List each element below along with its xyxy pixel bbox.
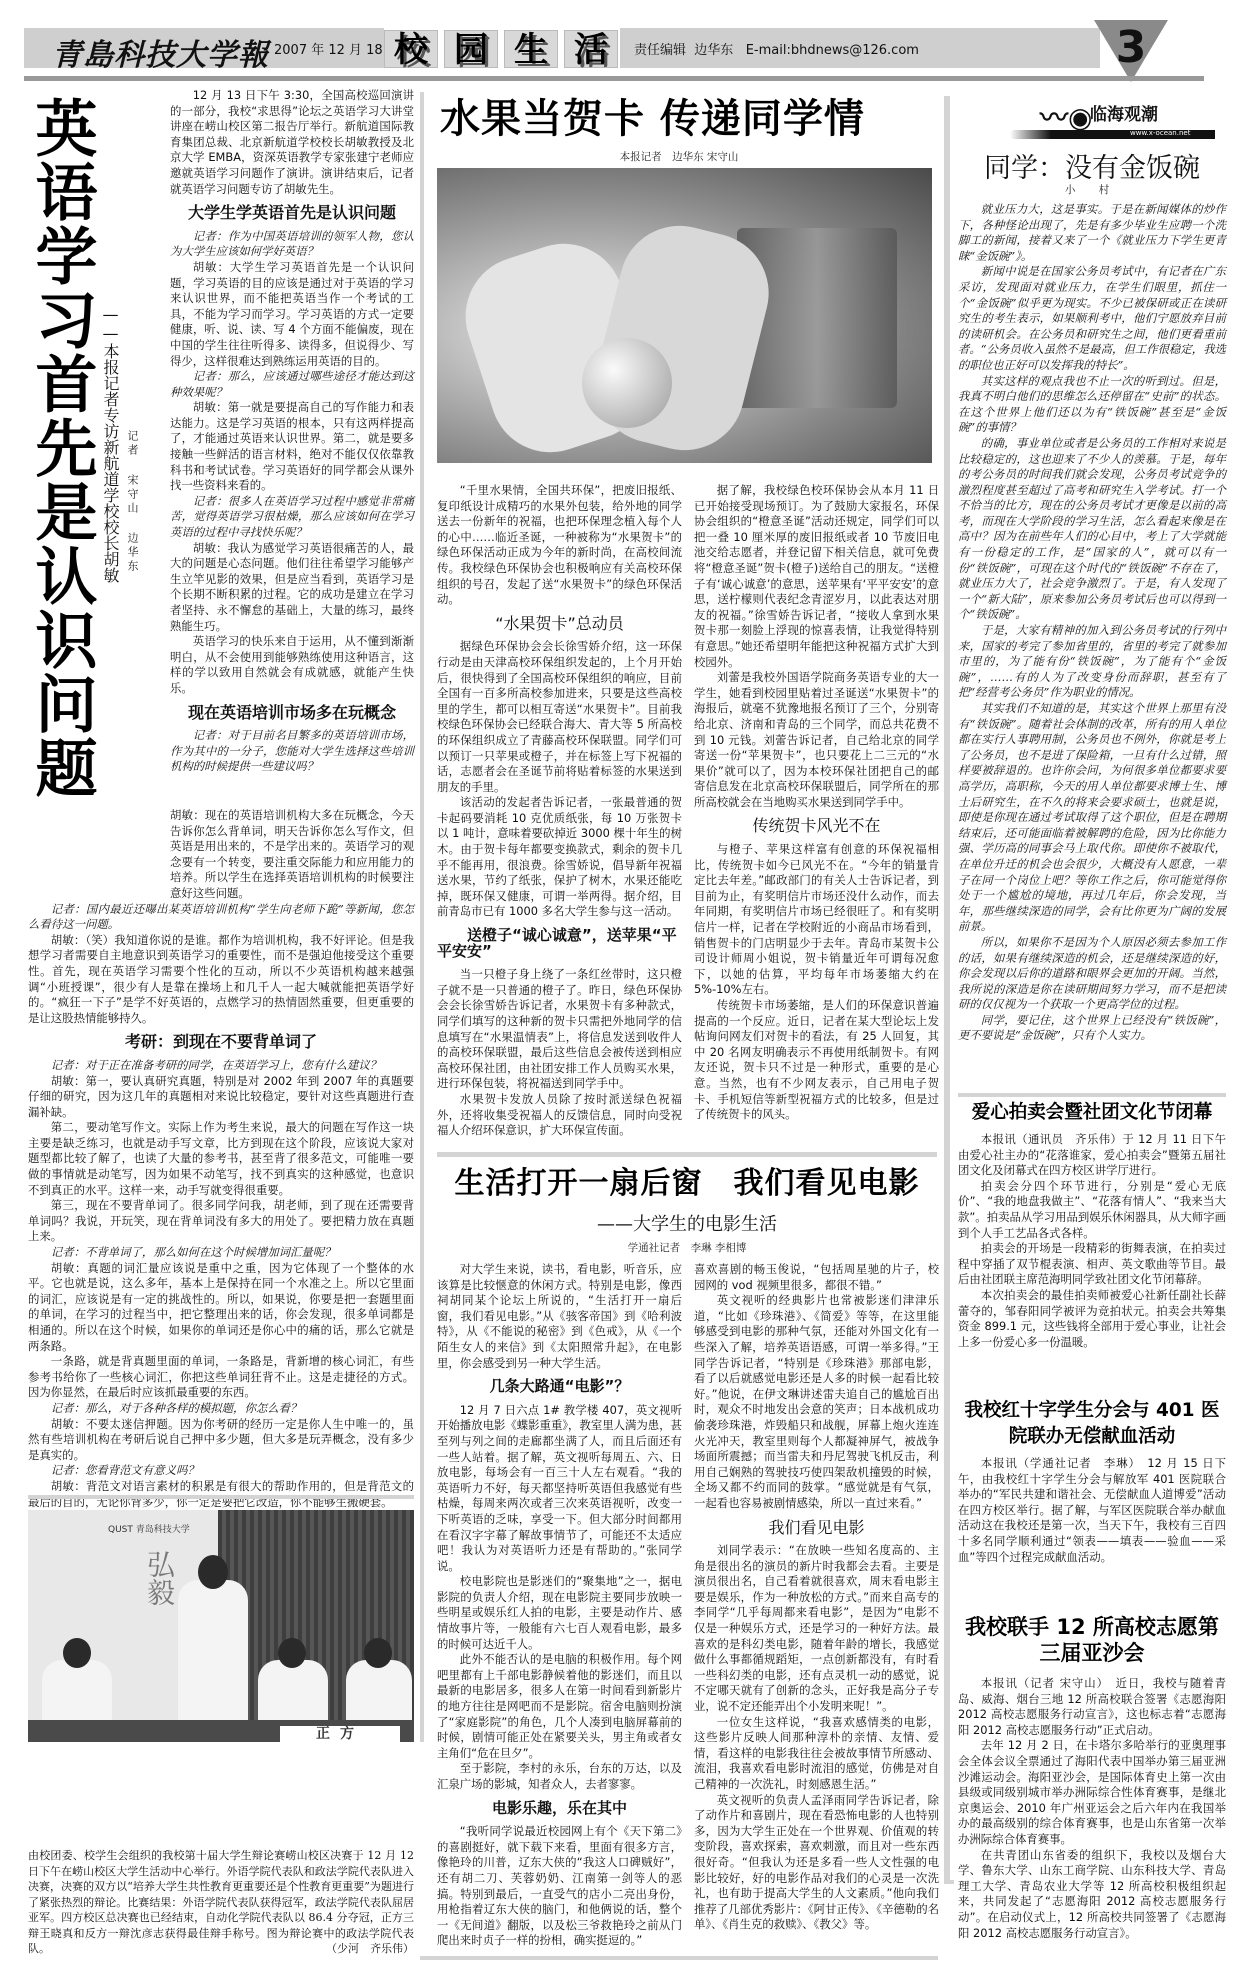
essay-body: 就业压力大，这是事实。于是在新闻媒体的炒作下，各种怪论出现了，先是有多少毕业生应… xyxy=(958,202,1226,1044)
news-paragraph: 在共青团山东省委的组织下，我校以及烟台大学、鲁东大学、山东工商学院、山东科技大学… xyxy=(958,1848,1226,1942)
article-paragraph: 刘蕾是我校外国语学院商务英语专业的大一学生，她看到校园里贴着过圣诞送“水果贺卡”… xyxy=(694,670,939,810)
editor-label: 责任编辑 边华东 E-mail:bhdnews@126.com xyxy=(634,39,919,58)
left-divider xyxy=(28,1495,414,1499)
middle-divider xyxy=(437,1152,937,1157)
article-paragraph: 喜欢喜剧的畅玉俊说，“包括周星驰的片子，校园网的 vod 视频里很多，都很不错。… xyxy=(694,1262,939,1293)
middle-article-byline: 本报记者 边华东 宋守山 xyxy=(420,149,938,164)
photo-head xyxy=(198,1555,228,1589)
film-article-title: 生活打开一扇后窗 我们看见电影 xyxy=(437,1162,937,1206)
photo-credit: （少河 齐乐伟） xyxy=(326,1941,414,1957)
section-heading: 电影乐趣，乐在其中 xyxy=(437,1801,682,1817)
article-paragraph: 校电影院也是影迷们的“聚集地”之一，据电影院的负责人介绍，现在电影院主要同步放映… xyxy=(437,1574,682,1652)
column-logo: 〰◉ 临海观潮 www.x-ocean.net xyxy=(1010,92,1220,142)
interview-answer: 一条路，就是背真题里面的单词，一条路是，背新增的核心词汇，有些参考书给你了一些核… xyxy=(28,1354,414,1401)
right-divider xyxy=(958,1093,1226,1097)
news-paragraph: 本报讯（通讯员 齐乐伟）于 12 月 11 日下午由爱心社主办的“花落谁家，爱心… xyxy=(958,1132,1226,1179)
news-paragraph: 本报讯（记者 宋守山） 近日，我校与随着青岛、威海、烟台三地 12 所高校联合签… xyxy=(958,1676,1226,1738)
interview-answer: 胡敏：（笑）我知道你说的是谁。都作为培训机构，我不好评论。但是我想学习者需要自主… xyxy=(28,933,414,1027)
interview-question: 记者：您看背范文有意义吗？ xyxy=(28,1463,414,1479)
column-logo-name: 临海观潮 xyxy=(1090,100,1158,125)
interview-question: 记者：作为中国英语培训的领军人物，您认为大学生应该如何学好英语？ xyxy=(170,229,414,260)
section-heading: 送橙子“诚心诚意”，送苹果“平平安安” xyxy=(437,928,682,959)
section-heading: 考研：到现在不要背单词了 xyxy=(28,1034,414,1050)
film-article-subtitle: ——大学生的电影生活 xyxy=(437,1210,937,1236)
left-article-title: 英语学习首先是认识问题 xyxy=(28,96,94,800)
page-number-badge: 3 xyxy=(1094,20,1168,82)
section-heading: 我们看见电影 xyxy=(694,1520,939,1536)
news-title-beach-games: 我校联手 12 所高校志愿第三届亚沙会 xyxy=(958,1614,1226,1666)
column-logo-url: www.x-ocean.net xyxy=(1130,129,1190,137)
photo-head xyxy=(63,1638,91,1668)
interview-answer: 胡敏：现在的英语培训机构大多在玩概念，今天告诉你怎么背单词，明天告诉你怎么写作文… xyxy=(28,808,414,902)
news-body-auction: 本报讯（通讯员 齐乐伟）于 12 月 11 日下午由爱心社主办的“花落谁家，爱心… xyxy=(958,1132,1226,1350)
article-paragraph: 英文视听的经典影片也常被影迷们津津乐道，“比如《珍珠港》、《简爱》等等，在这里能… xyxy=(694,1293,939,1511)
photo-logo-text: QUST 青岛科技大学 xyxy=(108,1522,190,1535)
section-heading: 现在英语培训市场多在玩概念 xyxy=(170,705,414,721)
photo-calligraphy: 弘毅 xyxy=(143,1550,175,1606)
interview-question: 记者：那么，对于各种各样的模拟题，你怎么看？ xyxy=(28,1401,414,1417)
news-paragraph: 本次拍卖会的最佳拍卖师被爱心社新任副社长薛蕾夺的，邹春阳同学被评为竞拍状元。拍卖… xyxy=(958,1288,1226,1350)
left-article-top-block: 12 月 13 日下午 3:30，全国高校巡回演讲的一部分，我校“求思得”论坛之… xyxy=(170,88,414,775)
interview-question: 记者：不背单词了，那么如何在这个时候增加词汇量呢？ xyxy=(28,1245,414,1261)
interview-answer: 胡敏：大学生学习英语首先是一个认识问题，学习英语的目的应该是通过对于英语的学习来… xyxy=(170,260,414,369)
section-char: 生 xyxy=(504,30,558,68)
film-article-byline: 学通社记者 李琳 李相博 xyxy=(437,1240,937,1255)
essay-paragraph: 所以，如果你不是因为个人原因必须去参加工作的话，如果有继续深造的机会，还是继续深… xyxy=(958,935,1226,1013)
article-paragraph: 传统贺卡市场萎缩，是人们的环保意识普遍提高的一个反应。近日，记者在某大型论坛上发… xyxy=(694,998,939,1123)
left-article-byline: ——本报记者专访新航道学校校长胡敏 xyxy=(100,305,120,583)
essay-paragraph: 于是，大家有精神的加入到公务员考试的行列中来，国家的考完了参加省里的，省里的考完… xyxy=(958,623,1226,701)
right-bottom-rule xyxy=(944,1880,954,1884)
section-heading: “水果贺卡”总动员 xyxy=(437,616,682,632)
interview-answer: 胡敏：第一，要认真研究真题，特别是对 2002 年到 2007 年的真题要仔细的… xyxy=(28,1074,414,1121)
masthead-rule xyxy=(24,76,1204,81)
interview-answer: 胡敏：我认为感觉学习英语很痛苦的人，最大的问题是心态问题。他们往往希望学习能够产… xyxy=(170,541,414,635)
news-title-auction: 爱心拍卖会暨社团文化节闭幕 xyxy=(958,1100,1226,1126)
middle-bottom-rule xyxy=(420,1956,938,1960)
photo-fruit xyxy=(582,338,672,428)
left-article-intro: 12 月 13 日下午 3:30，全国高校巡回演讲的一部分，我校“求思得”论坛之… xyxy=(170,88,414,197)
interview-question: 记者：很多人在英语学习过程中感觉非常痛苦，觉得英语学习很枯燥，那么应该如何在学习… xyxy=(170,494,414,541)
left-article-wide-block: 胡敏：现在的英语培训机构大多在玩概念，今天告诉你怎么背单词，明天告诉你怎么写作文… xyxy=(28,808,414,1510)
photo-head xyxy=(364,1638,392,1668)
issue-date: 2007 年 12 月 18 日 xyxy=(274,39,400,58)
news-paragraph: 拍卖会的开场是一段精彩的街舞表演，在拍卖过程中穿插了双节棍表演、相声、英文歌曲等… xyxy=(958,1241,1226,1288)
article-paragraph: 英文视听的负责人孟泽雨同学告诉记者，除了动作片和喜剧片，现在看恐怖电影的人也特别… xyxy=(694,1793,939,1933)
news-paragraph: 本报讯（学通社记者 李琳） 12 月 15 日下午，由我校红十字学生分会与解放军… xyxy=(958,1456,1226,1565)
interview-answer: 第三，现在不要背单词了。很多同学问我，胡老师，到了现在还需要背单词吗？我说，开玩… xyxy=(28,1198,414,1245)
article-paragraph: 12 月 7 日六点 1# 教学楼 407，英文视听开始播放电影《蝶影重重》，教… xyxy=(437,1403,682,1575)
left-article-reporters: 记者 宋守山 边华东 xyxy=(124,430,140,574)
photo-sign: 正方 xyxy=(280,1726,400,1742)
interview-answer: 英语学习的快乐来自于运用，从不懂到渐渐明白，从不会使用到能够熟练使用这种语言，这… xyxy=(170,634,414,696)
interview-answer: 胡敏：真题的词汇量应该说是重中之重，因为它体现了一个整体的水平。它也就是说，这么… xyxy=(28,1261,414,1355)
masthead: 青島科技大学報 2007 年 12 月 18 日 校 园 生 活 责任编辑 边华… xyxy=(24,28,1204,72)
article-paragraph: 此外不能否认的是电脑的积极作用。每个网吧里都有上千部电影静候着他的影迷们，而且以… xyxy=(437,1652,682,1761)
article-paragraph: “千里水果情，全国共环保”，把废旧报纸、复印纸设计成精巧的水果外包装，给外地的同… xyxy=(437,483,682,608)
essay-title: 同学：没有金饭碗 xyxy=(958,146,1226,185)
article-paragraph: “我听同学说最近校园网上有个《天下第二》的喜剧挺好，就下载下来看，里面有很多方言… xyxy=(437,1824,682,1949)
section-title: 校 园 生 活 xyxy=(384,30,618,68)
interview-question: 记者：对于目前名目繁多的英语培训市场，作为其中的一分子，您能对大学生选择这些培训… xyxy=(170,728,414,775)
photo-person xyxy=(178,1580,248,1725)
section-heading: 大学生学英语首先是认识问题 xyxy=(170,205,414,221)
article-paragraph: 水果贺卡发放人员除了按时派送绿色祝福外，还将收集受祝福人的反馈信息，同时向受祝福… xyxy=(437,1092,682,1139)
interview-question: 记者：国内最近还曝出某英语培训机构“学生向老师下跪”等新闻，您怎么看待这一问题。 xyxy=(28,902,414,933)
article-paragraph: 刘同学表示：“在放映一些知名度高的、主角是很出名的演员的新片时我都会去看。主要是… xyxy=(694,1543,939,1715)
article-paragraph: 与橙子、苹果这样富有创意的环保祝福相比，传统贺卡如今已风光不在。“今年的销量肯定… xyxy=(694,842,939,998)
interview-question: 记者：那么，应该通过哪些途径才能达到这种效果呢？ xyxy=(170,369,414,400)
interview-answer: 胡敏：不要太迷信押题。因为你考研的经历一定是你人生中唯一的，虽然有些培训机构在考… xyxy=(28,1417,414,1464)
section-heading: 几条大路通“电影”？ xyxy=(437,1379,682,1395)
photo-head xyxy=(278,1638,306,1668)
news-body-blood-donation: 本报讯（学通社记者 李琳） 12 月 15 日下午，由我校红十字学生分会与解放军… xyxy=(958,1456,1226,1565)
news-paragraph: 拍卖会分四个环节进行，分别是“爱心无底价”、“我的地盘我做主”、“花落有情人”、… xyxy=(958,1179,1226,1241)
article-paragraph: 该活动的发起者告诉记者，一张最普通的贺卡起码要消耗 10 克优质纸张，每 10 … xyxy=(437,795,682,920)
fruit-card-photo xyxy=(437,168,932,463)
article-paragraph: 据绿色环保协会会长徐雪娇介绍，这一环保行动是由天津高校环保组织发起的，上个月开始… xyxy=(437,639,682,795)
middle-article-column-b: 据了解，我校绿色校环保协会从本月 11 日已开始接受现场预订。为了鼓励大家报名，… xyxy=(694,483,939,1123)
middle-article-title: 水果当贺卡 传递同学情 xyxy=(440,94,938,144)
editor-label-text: 责任编辑 xyxy=(634,43,686,58)
page-number: 3 xyxy=(1094,20,1168,76)
article-paragraph: 对大学生来说，读书，看电影，听音乐，应该算是比较惬意的休闲方式。特别是电影，像西… xyxy=(437,1262,682,1371)
essay-paragraph: 同学，要记住，这个世界上已经没有“铁饭碗”，更不要说是“金饭碗”，只有个人实力。 xyxy=(958,1013,1226,1044)
editor-email: E-mail:bhdnews@126.com xyxy=(746,43,919,58)
news-title-blood-donation: 我校红十字学生分会与 401 医院联办无偿献血活动 xyxy=(958,1398,1226,1450)
right-frame xyxy=(944,96,950,1881)
essay-paragraph: 的确，事业单位或者是公务员的工作相对来说是比较稳定的，这也迎来了不少人的羡慕。于… xyxy=(958,436,1226,623)
photo-caption: 由校团委、校学生会组织的我校第十届大学生辩论赛崂山校区决赛于 12 月 12 日… xyxy=(28,1848,414,1957)
section-heading: 传统贺卡风光不在 xyxy=(694,818,939,834)
paper-name: 青島科技大学報 xyxy=(52,30,269,74)
interview-answer: 第二，要动笔写作文。实际上作为考生来说，最大的问题在写作这一块主要是缺乏练习，也… xyxy=(28,1120,414,1198)
photo-caption-text: 由校团委、校学生会组织的我校第十届大学生辩论赛崂山校区决赛于 12 月 12 日… xyxy=(28,1849,414,1955)
section-char: 活 xyxy=(564,30,618,68)
editor-name: 边华东 xyxy=(694,43,733,58)
section-char: 园 xyxy=(444,30,498,68)
essay-paragraph: 就业压力大，这是事实。于是在新闻媒体的炒作下，各种怪论出现了，先是有多少毕业生应… xyxy=(958,202,1226,264)
article-paragraph: 一位女生这样说，“我喜欢感情类的电影，这些影片反映人间那种淳朴的亲情、友情、爱情… xyxy=(694,1715,939,1793)
news-body-beach-games: 本报讯（记者 宋守山） 近日，我校与随着青岛、威海、烟台三地 12 所高校联合签… xyxy=(958,1676,1226,1941)
essay-author: 小 村 xyxy=(958,182,1226,197)
section-char: 校 xyxy=(384,30,438,68)
film-article-column-a: 对大学生来说，读书，看电影，听音乐，应该算是比较惬意的休闲方式。特别是电影，像西… xyxy=(437,1262,682,1949)
essay-paragraph: 新闻中说是在国家公务员考试中，有记者在广东采访，发现面对就业压力，在学生们眼里，… xyxy=(958,264,1226,373)
interview-question: 记者：对于正在准备考研的同学，在英语学习上，您有什么建议？ xyxy=(28,1058,414,1074)
article-paragraph: 当一只橙子身上绕了一条红丝带时，这只橙子就不是一只普通的橙子了。昨日，绿色环保协… xyxy=(437,967,682,1092)
news-paragraph: 去年 12 月 2 日，在卡塔尔多哈举行的亚奥理事会全体会议全票通过了海阳代表中… xyxy=(958,1738,1226,1847)
article-paragraph: 至于影院，李村的永乐，台东的万达，以及汇泉广场的影城，知者众人，去者寥寥。 xyxy=(437,1761,682,1792)
middle-article-column-a: “千里水果情，全国共环保”，把废旧报纸、复印纸设计成精巧的水果外包装，给外地的同… xyxy=(437,483,682,1139)
article-paragraph: 据了解，我校绿色校环保协会从本月 11 日已开始接受现场预订。为了鼓励大家报名，… xyxy=(694,483,939,670)
debate-photo: QUST 青岛科技大学 弘毅 正方 xyxy=(28,1510,414,1742)
film-article-column-b: 喜欢喜剧的畅玉俊说，“包括周星驰的片子，校园网的 vod 视频里很多，都很不错。… xyxy=(694,1262,939,1933)
essay-paragraph: 其实我们不知道的是，其实这个世界上那里有没有“铁饭碗”。随着社会体制的改革，所有… xyxy=(958,701,1226,935)
essay-paragraph: 其实这样的观点我也不止一次的听到过。但是，我真不明白他们的思维怎么还停留在“史前… xyxy=(958,374,1226,436)
interview-answer: 胡敏：第一就是要提高自己的写作能力和表达能力。这是学习英语的根本，只有这两样提高… xyxy=(170,400,414,494)
